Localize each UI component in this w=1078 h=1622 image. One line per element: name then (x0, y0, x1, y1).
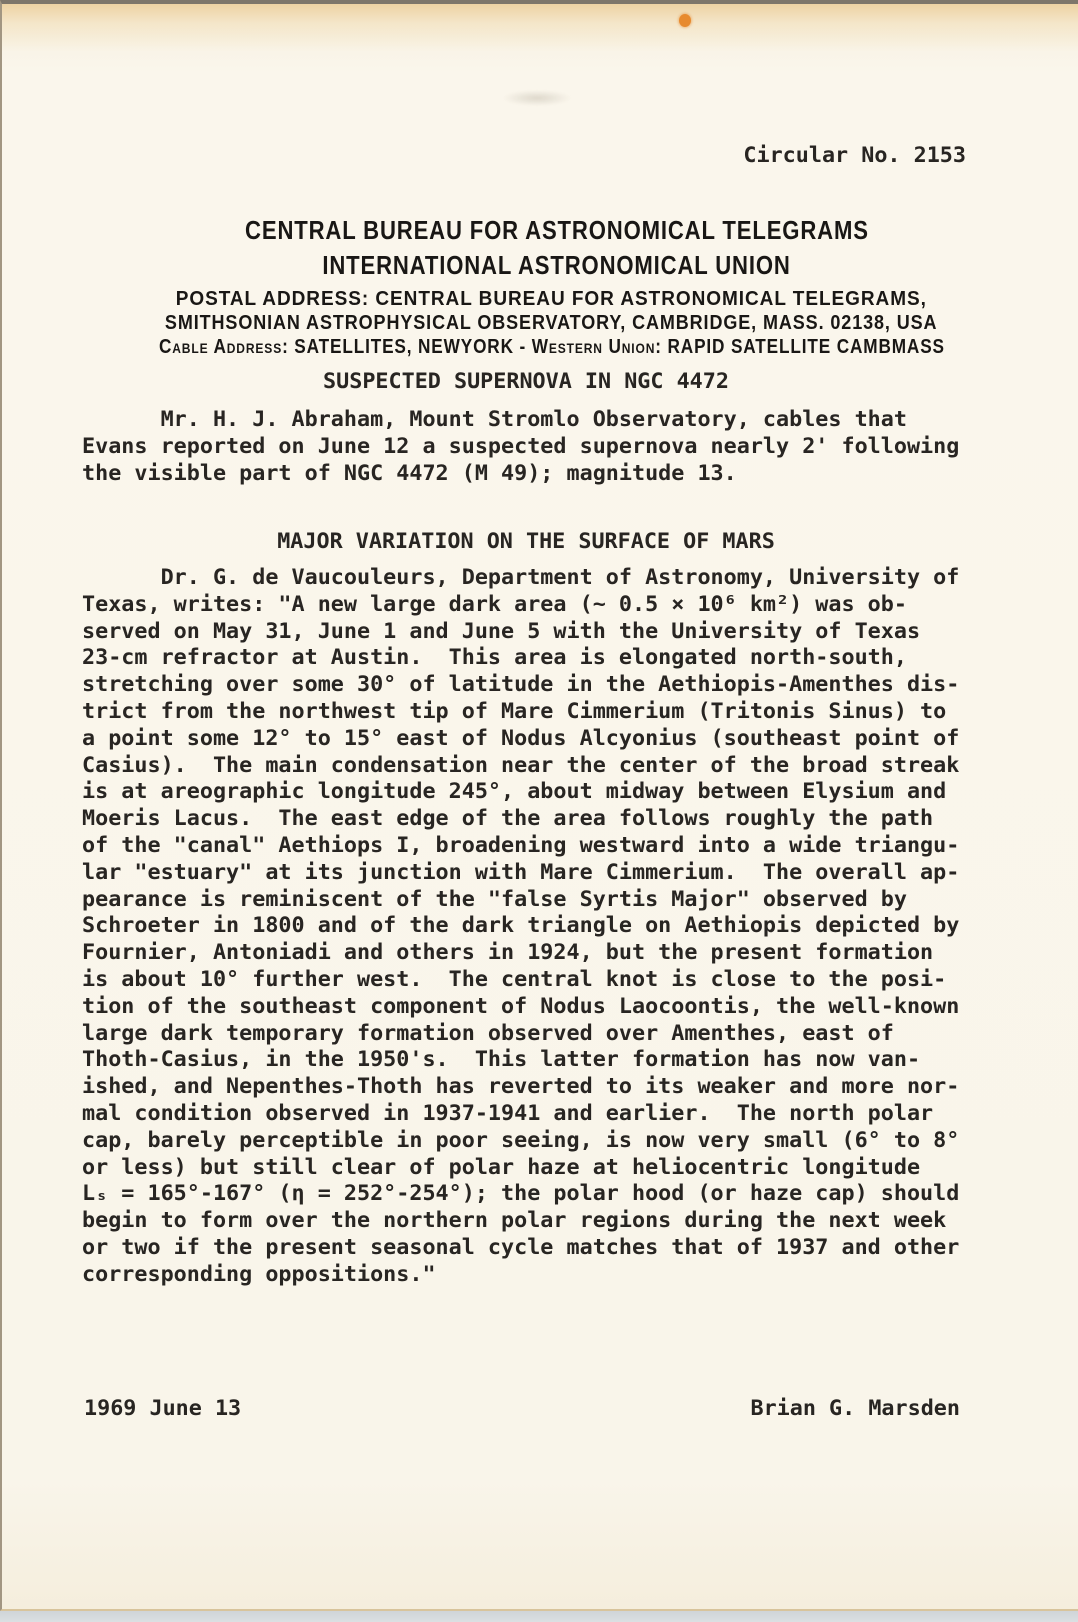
section-body-mars: Dr. G. de Vaucouleurs, Department of Ast… (82, 565, 982, 1289)
orange-ink-dot (679, 14, 691, 27)
section-title-supernova: SUSPECTED SUPERNOVA IN NGC 4472 (82, 369, 970, 396)
circular-number: Circular No. 2153 (743, 143, 966, 170)
section-body-supernova: Mr. H. J. Abraham, Mount Stromlo Observa… (82, 407, 982, 487)
paper-sheet: Circular No. 2153 CENTRAL BUREAU FOR AST… (0, 0, 1078, 1611)
scanner-background-strip (0, 1611, 1078, 1622)
scanned-circular-page: Circular No. 2153 CENTRAL BUREAU FOR AST… (0, 0, 1078, 1622)
signature-name: Brian G. Marsden (750, 1396, 960, 1423)
scan-smudge (502, 90, 572, 106)
section-title-mars: MAJOR VARIATION ON THE SURFACE OF MARS (82, 529, 970, 556)
issue-date: 1969 June 13 (84, 1396, 241, 1423)
